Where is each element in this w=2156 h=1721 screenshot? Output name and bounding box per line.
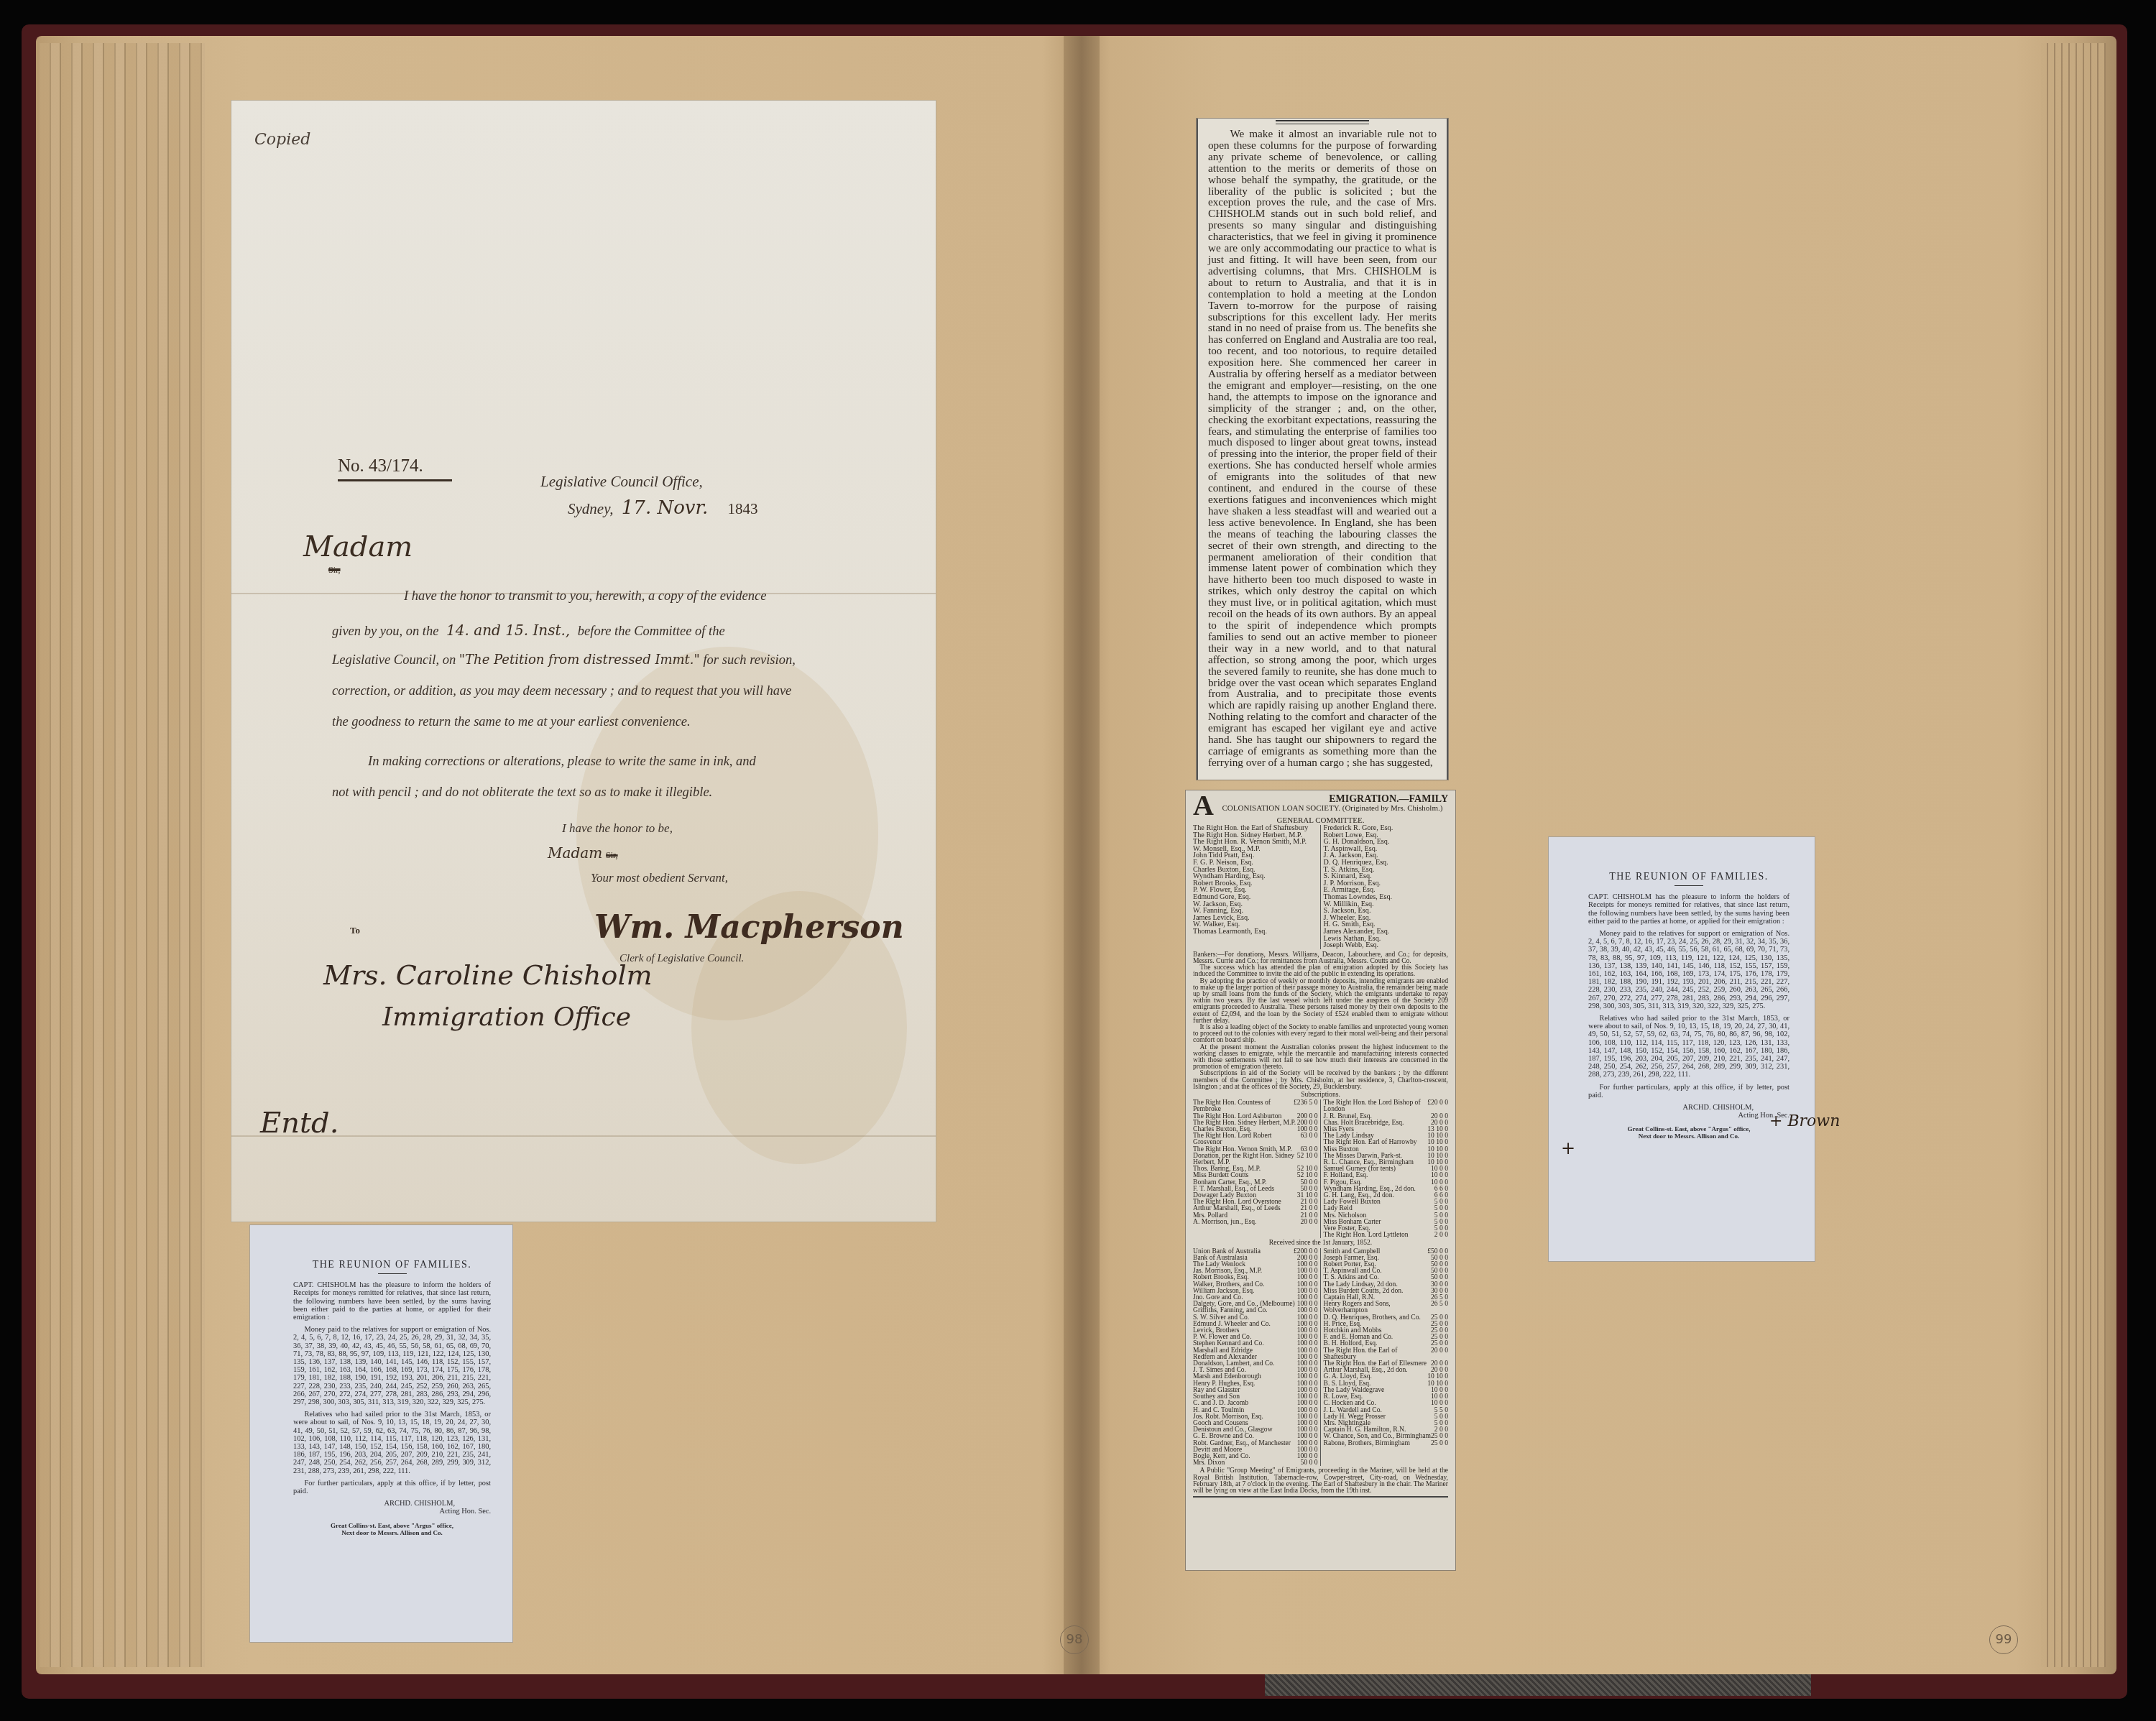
subscription-amount: £20 0 0 xyxy=(1427,1099,1448,1112)
book-gutter xyxy=(1064,36,1100,1674)
subscriptions-left-column: The Right Hon. Countess of Pembroke£236 … xyxy=(1193,1099,1321,1238)
subscription-row: Rabone, Brothers, Birmingham25 0 0 xyxy=(1324,1440,1449,1447)
closing: I have the honor to be, xyxy=(562,821,673,836)
address-line-2: Next door to Messrs. Allison and Co. xyxy=(293,1529,491,1536)
received-left-column: Union Bank of Australia£200 0 0Bank of A… xyxy=(1193,1248,1321,1467)
meeting-notice: A Public "Group Meeting" of Emigrants, p… xyxy=(1193,1467,1448,1498)
society-name: COLONISATION LOAN SOCIETY. (Originated b… xyxy=(1193,805,1448,813)
subscription-row: The Right Hon. Lord Lyttleton2 0 0 xyxy=(1324,1232,1449,1238)
further-particulars: For further particulars, apply at this o… xyxy=(1588,1084,1789,1099)
body-line-4: correction, or addition, as you may deem… xyxy=(332,684,791,699)
handbill-intro: CAPT. CHISHOLM has the pleasure to infor… xyxy=(1588,893,1789,926)
dateline-place: Sydney, xyxy=(568,500,614,517)
instruction-line-2: not with pencil ; and do not obliterate … xyxy=(332,785,712,800)
subscription-amount: 52 10 0 xyxy=(1297,1153,1318,1166)
hearing-dates: 14. and 15. Inst., xyxy=(446,622,570,639)
signer-title: Acting Hon. Sec. xyxy=(1588,1112,1789,1120)
article-text: We make it almost an invariable rule not… xyxy=(1208,129,1437,769)
subscriber-name: Mrs. Dixon xyxy=(1193,1459,1225,1466)
committee-left-column: The Right Hon. the Earl of ShaftesburyTh… xyxy=(1193,825,1321,949)
closing-struck: Sir, xyxy=(606,850,618,860)
addressee-office: Immigration Office xyxy=(382,1002,631,1032)
subscription-row: Donation, per the Right Hon. Sidney Herb… xyxy=(1193,1153,1318,1166)
subscription-row: The Right Hon. the Lord Bishop of London… xyxy=(1324,1099,1449,1112)
subscriptions-title: Subscriptions. xyxy=(1193,1092,1448,1098)
subscription-row: The Right Hon. Lord Robert Grosvenor63 0… xyxy=(1193,1132,1318,1145)
subscription-amount: 63 0 0 xyxy=(1301,1132,1318,1145)
newspaper-article-clipping: We make it almost an invariable rule not… xyxy=(1197,119,1448,780)
committee-member: Joseph Webb, Esq. xyxy=(1324,942,1449,949)
subscription-amount: £236 5 0 xyxy=(1294,1099,1318,1112)
society-notice-clipping: A EMIGRATION.—FAMILY COLONISATION LOAN S… xyxy=(1186,790,1455,1570)
addressee-name: Mrs. Caroline Chisholm xyxy=(323,959,653,991)
body-line-5: the goodness to return the same to me at… xyxy=(332,715,691,730)
instruction-line-1: In making corrections or alterations, pl… xyxy=(368,755,756,770)
address-line-1: Great Collins-st. East, above "Argus" of… xyxy=(1588,1125,1789,1132)
drop-cap: A xyxy=(1193,795,1214,816)
subscriptions-table: The Right Hon. Countess of Pembroke£236 … xyxy=(1193,1099,1448,1238)
bankers: Bankers:—For donations, Messrs. Williams… xyxy=(1193,951,1448,964)
divider xyxy=(378,1273,407,1274)
relatives-sailed-list: Relatives who had sailed prior to the 31… xyxy=(1588,1015,1789,1079)
salutation: Madam xyxy=(303,530,413,563)
salutation-struck: Sir, xyxy=(328,565,341,576)
notice-para-4: At the present moment the Australian col… xyxy=(1193,1044,1448,1071)
closing-madam: Madam xyxy=(548,844,602,862)
subscription-row: The Right Hon. Countess of Pembroke£236 … xyxy=(1193,1099,1318,1112)
signer: ARCHD. CHISHOLM, xyxy=(1588,1104,1754,1112)
legislative-council-letter: Copied No. 43/174. Legislative Council O… xyxy=(231,101,936,1222)
signature: Wm. Macpherson xyxy=(594,909,904,946)
subscriber-name: The Right Hon. Countess of Pembroke xyxy=(1193,1099,1294,1112)
dateline: Sydney, 17. Novr. 1843 xyxy=(568,497,758,519)
handwritten-annotation-brown: + Brown xyxy=(1769,1112,1840,1130)
received-title: Received since the 1st January, 1852. xyxy=(1193,1240,1448,1246)
subscriptions-right-column: The Right Hon. the Lord Bishop of London… xyxy=(1324,1099,1449,1238)
subscription-row: A. Morrison, jun., Esq.20 0 0 xyxy=(1193,1219,1318,1225)
notice-para-2: By adopting the practice of weekly or mo… xyxy=(1193,978,1448,1024)
page-number-left: 98 xyxy=(1060,1625,1089,1654)
reunion-handbill-left: THE REUNION OF FAMILIES. CAPT. CHISHOLM … xyxy=(250,1225,512,1642)
money-paid-list: Money paid to the relatives for support … xyxy=(1588,930,1789,1010)
to-label: To xyxy=(350,925,360,936)
money-paid-list: Money paid to the relatives for support … xyxy=(293,1326,491,1406)
subscription-amount: 26 5 0 xyxy=(1431,1301,1448,1314)
subscription-row: The Right Hon. the Earl of Shaftesbury20… xyxy=(1324,1347,1449,1360)
signer-title: Acting Hon. Sec. xyxy=(293,1508,491,1515)
notice-para-5: Subscriptions in aid of the Society will… xyxy=(1193,1070,1448,1090)
dateline-day: 17. Novr. xyxy=(622,497,709,519)
entered-initials: Entd. xyxy=(260,1107,338,1140)
spine-cloth xyxy=(1265,1674,1811,1696)
body-text: before the Committee of the xyxy=(578,624,725,639)
petition-title: "The Petition from distressed Immt." xyxy=(459,652,700,668)
notice-heading: EMIGRATION.—FAMILY xyxy=(1193,795,1448,805)
subscription-row: Mrs. Dixon50 0 0 xyxy=(1193,1459,1318,1466)
column-rule xyxy=(1276,120,1369,124)
subscriber-name: The Right Hon. the Lord Bishop of London xyxy=(1324,1099,1428,1112)
notice-para-1: The success which has attended the plan … xyxy=(1193,964,1448,977)
subscriber-name: Donation, per the Right Hon. Sidney Herb… xyxy=(1193,1153,1297,1166)
body-line-1: I have the honor to transmit to you, her… xyxy=(404,589,766,604)
body-text: Legislative Council, on xyxy=(332,653,456,668)
copied-note: Copied xyxy=(254,131,310,149)
body-line-3: Legislative Council, on "The Petition fr… xyxy=(332,652,796,668)
subscription-amount: 2 0 0 xyxy=(1434,1232,1448,1238)
page-number-right: 99 xyxy=(1989,1625,2018,1654)
signer: ARCHD. CHISHOLM, xyxy=(293,1500,455,1508)
dateline-year: 1843 xyxy=(728,500,758,517)
address-line-2: Next door to Messrs. Allison and Co. xyxy=(1588,1132,1789,1140)
subscriber-name: Henry Rogers and Sons, Wolverhampton xyxy=(1324,1301,1432,1314)
subscription-row: Henry Rogers and Sons, Wolverhampton26 5… xyxy=(1324,1301,1449,1314)
body-text: for such revision, xyxy=(703,653,795,668)
notice-para-3: It is also a leading object of the Socie… xyxy=(1193,1024,1448,1044)
left-page-edges xyxy=(40,43,205,1667)
subscriber-name: Rabone, Brothers, Birmingham xyxy=(1324,1440,1410,1447)
subscriber-name: The Right Hon. Lord Robert Grosvenor xyxy=(1193,1132,1301,1145)
received-right-column: Smith and Campbell£50 0 0Joseph Farmer, … xyxy=(1324,1248,1449,1467)
subscriber-name: The Right Hon. the Earl of Shaftesbury xyxy=(1324,1347,1432,1360)
reunion-handbill-right: THE REUNION OF FAMILIES. CAPT. CHISHOLM … xyxy=(1549,837,1815,1261)
handwritten-cross: + xyxy=(1561,1138,1575,1158)
office-heading: Legislative Council Office, xyxy=(540,473,703,491)
committee-member: Thomas Learmonth, Esq. xyxy=(1193,928,1318,936)
subscription-amount: 25 0 0 xyxy=(1431,1440,1448,1447)
handbill-intro: CAPT. CHISHOLM has the pleasure to infor… xyxy=(293,1281,491,1321)
servant-line: Your most obedient Servant, xyxy=(591,871,728,885)
subscriber-name: The Right Hon. Lord Lyttleton xyxy=(1324,1232,1409,1238)
reference-number: No. 43/174. xyxy=(338,456,452,481)
committee-list: The Right Hon. the Earl of ShaftesburyTh… xyxy=(1193,825,1448,949)
divider xyxy=(1674,885,1703,886)
subscription-amount: 20 0 0 xyxy=(1431,1347,1448,1360)
subscription-amount: 50 0 0 xyxy=(1301,1459,1318,1466)
address-line-1: Great Collins-st. East, above "Argus" of… xyxy=(293,1522,491,1529)
closing-madam-line: Madam Sir, xyxy=(548,844,618,862)
handbill-title: THE REUNION OF FAMILIES. xyxy=(293,1261,491,1269)
handbill-title: THE REUNION OF FAMILIES. xyxy=(1588,873,1789,881)
committee-right-column: Frederick R. Gore, Esq.Robert Lowe, Esq.… xyxy=(1324,825,1449,949)
subscriber-name: A. Morrison, jun., Esq. xyxy=(1193,1219,1256,1225)
body-text: given by you, on the xyxy=(332,624,438,639)
further-particulars: For further particulars, apply at this o… xyxy=(293,1480,491,1495)
body-line-2: given by you, on the 14. and 15. Inst., … xyxy=(332,622,725,640)
received-table: Union Bank of Australia£200 0 0Bank of A… xyxy=(1193,1248,1448,1467)
right-page-edges xyxy=(2041,43,2106,1667)
relatives-sailed-list: Relatives who had sailed prior to the 31… xyxy=(293,1411,491,1475)
subscription-amount: 20 0 0 xyxy=(1301,1219,1318,1225)
